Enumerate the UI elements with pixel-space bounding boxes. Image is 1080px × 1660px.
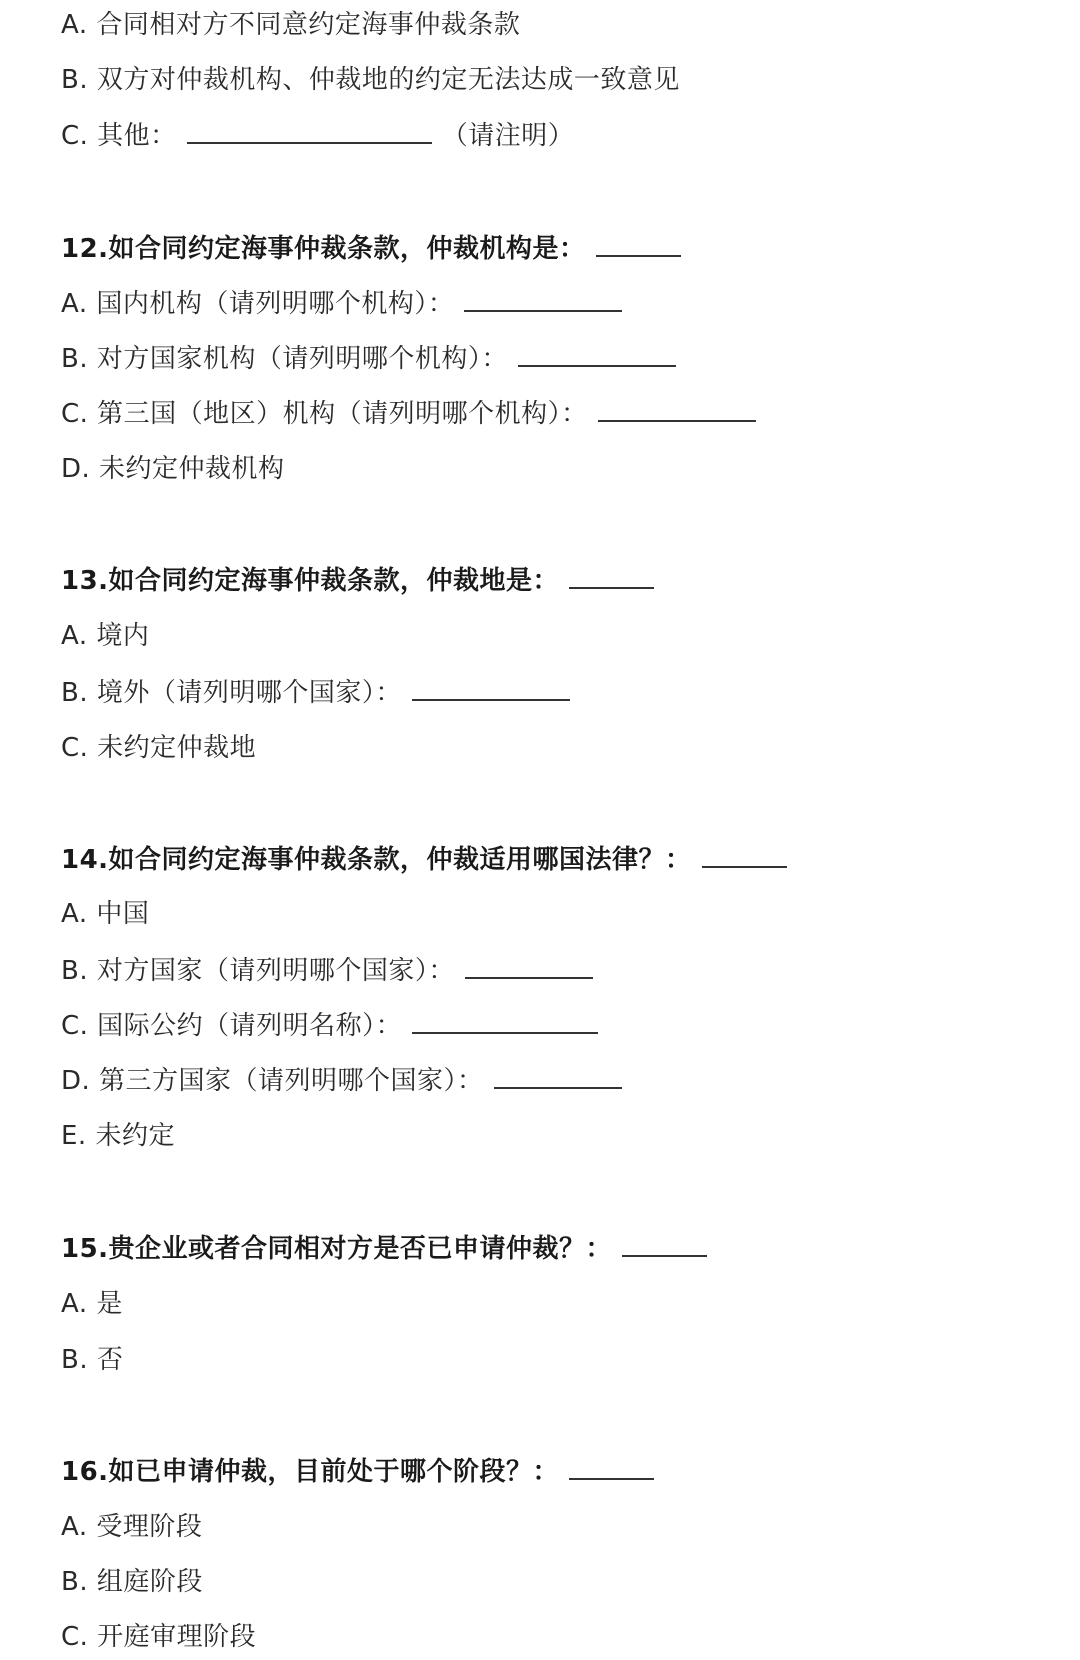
fill-in-blank[interactable] (702, 842, 787, 868)
answer-option: D. 未约定仲裁机构 (61, 452, 285, 486)
fill-in-blank[interactable] (412, 1008, 598, 1034)
answer-option: C. 国际公约（请列明名称）： (61, 1008, 598, 1043)
option-text: A. 国内机构（请列明哪个机构）： (61, 289, 454, 319)
question-title: 12.如合同约定海事仲裁条款，仲裁机构是： (61, 231, 681, 266)
fill-in-blank[interactable] (412, 675, 570, 701)
answer-option: A. 是 (61, 1287, 123, 1321)
option-text: A. 合同相对方不同意约定海事仲裁条款 (61, 10, 520, 40)
answer-option: C. 其他：（请注明） (61, 118, 574, 153)
answer-option: B. 否 (61, 1343, 123, 1377)
fill-in-blank[interactable] (465, 953, 593, 979)
note-suffix: （请注明） (442, 121, 575, 151)
fill-in-blank[interactable] (596, 231, 681, 257)
answer-option: C. 开庭审理阶段 (61, 1620, 256, 1654)
option-text: A. 受理阶段 (61, 1512, 202, 1542)
answer-option: A. 中国 (61, 897, 149, 931)
answer-option: B. 对方国家机构（请列明哪个机构）： (61, 341, 676, 376)
fill-in-blank[interactable] (518, 341, 676, 367)
question-title: 14.如合同约定海事仲裁条款，仲裁适用哪国法律？： (61, 842, 787, 877)
answer-option: D. 第三方国家（请列明哪个国家）： (61, 1063, 622, 1098)
question-title: 15.贵企业或者合同相对方是否已申请仲裁？： (61, 1231, 707, 1266)
option-text: B. 对方国家机构（请列明哪个机构）： (61, 344, 508, 374)
fill-in-blank[interactable] (598, 396, 756, 422)
option-text: D. 未约定仲裁机构 (61, 454, 285, 484)
answer-option: A. 境内 (61, 619, 149, 653)
option-text: B. 双方对仲裁机构、仲裁地的约定无法达成一致意见 (61, 65, 680, 95)
answer-option: B. 组庭阶段 (61, 1565, 203, 1599)
option-text: C. 国际公约（请列明名称）： (61, 1011, 402, 1041)
fill-in-blank[interactable] (494, 1063, 622, 1089)
answer-option: B. 境外（请列明哪个国家）： (61, 675, 570, 710)
option-text: B. 境外（请列明哪个国家）： (61, 678, 402, 708)
fill-in-blank[interactable] (569, 563, 654, 589)
option-text: C. 第三国（地区）机构（请列明哪个机构）： (61, 399, 588, 429)
option-text: B. 否 (61, 1345, 123, 1375)
answer-option: B. 双方对仲裁机构、仲裁地的约定无法达成一致意见 (61, 63, 680, 97)
question-text: 14.如合同约定海事仲裁条款，仲裁适用哪国法律？： (61, 845, 692, 875)
question-text: 12.如合同约定海事仲裁条款，仲裁机构是： (61, 234, 586, 264)
option-text: E. 未约定 (61, 1121, 175, 1151)
option-text: B. 对方国家（请列明哪个国家）： (61, 956, 455, 986)
question-title: 13.如合同约定海事仲裁条款，仲裁地是： (61, 563, 654, 598)
option-text: B. 组庭阶段 (61, 1567, 203, 1597)
question-text: 13.如合同约定海事仲裁条款，仲裁地是： (61, 566, 559, 596)
question-text: 16.如已申请仲裁，目前处于哪个阶段？： (61, 1457, 559, 1487)
answer-option: C. 未约定仲裁地 (61, 731, 256, 765)
answer-option: A. 国内机构（请列明哪个机构）： (61, 286, 622, 321)
fill-in-blank[interactable] (622, 1231, 707, 1257)
answer-option: A. 合同相对方不同意约定海事仲裁条款 (61, 8, 520, 42)
option-text: D. 第三方国家（请列明哪个国家）： (61, 1066, 484, 1096)
option-text: A. 境内 (61, 621, 149, 651)
answer-option: A. 受理阶段 (61, 1510, 202, 1544)
answer-option: E. 未约定 (61, 1119, 175, 1153)
option-text: C. 开庭审理阶段 (61, 1622, 256, 1652)
option-text: C. 其他： (61, 121, 177, 151)
fill-in-blank[interactable] (187, 118, 432, 144)
question-title: 16.如已申请仲裁，目前处于哪个阶段？： (61, 1454, 654, 1489)
answer-option: C. 第三国（地区）机构（请列明哪个机构）： (61, 396, 756, 431)
option-text: A. 中国 (61, 899, 149, 929)
question-text: 15.贵企业或者合同相对方是否已申请仲裁？： (61, 1234, 612, 1264)
option-text: C. 未约定仲裁地 (61, 733, 256, 763)
fill-in-blank[interactable] (569, 1454, 654, 1480)
option-text: A. 是 (61, 1289, 123, 1319)
fill-in-blank[interactable] (464, 286, 622, 312)
answer-option: B. 对方国家（请列明哪个国家）： (61, 953, 593, 988)
